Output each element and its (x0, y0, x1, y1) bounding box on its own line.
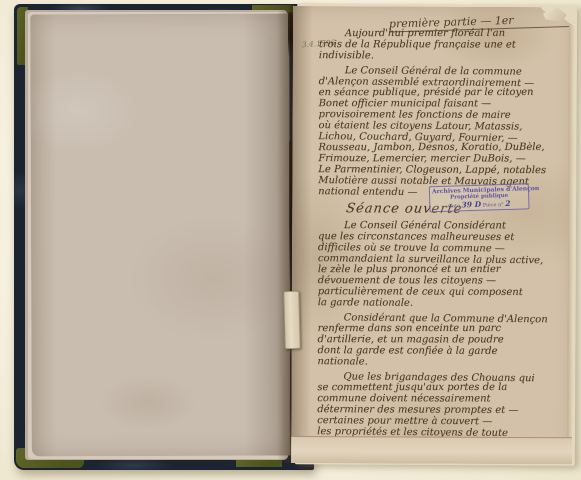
left-blank-page (30, 14, 291, 457)
right-manuscript-page: première partie — 1er 3.4.1796 Aujourd'h… (291, 6, 574, 464)
manuscript-line: le zèle le plus prononcé et un entier (318, 264, 560, 275)
manuscript-line: renferme dans son enceinte un parc (318, 323, 560, 334)
manuscript-line: dévouement de tous les citoyens — (318, 275, 560, 286)
gutter-crack-top (288, 12, 293, 56)
manuscript-line: dont la garde est confiée à la garde (317, 345, 559, 357)
manuscript-line: trois de la République française une et (319, 39, 561, 50)
manuscript-line: se commettent jusqu'aux portes de la (317, 382, 559, 393)
stamp-piece-value: 2 (505, 199, 510, 208)
manuscript-line: la garde nationale. (318, 297, 560, 310)
manuscript-line: commune doivent nécessairement (317, 393, 559, 404)
manuscript-line: Le Parmentinier, Clogeuson, Lappé, notab… (318, 164, 560, 176)
manuscript-line: nationale. (317, 356, 559, 369)
stamp-cote-row: Cote 39 D Pièce n° 2 (432, 198, 526, 210)
manuscript-line: indivisible. (319, 50, 561, 62)
page-bottom-margin (291, 436, 572, 464)
manuscript-line: Bonet officier municipal faisant — (319, 98, 561, 109)
archive-stamp: Archives Municipales d'Alençon Propriété… (429, 183, 530, 212)
manuscript-line: provisoirement les fonctions de maire (319, 109, 561, 121)
paper-fragment (283, 291, 301, 349)
manuscript-line: Frimouze, Lemercier, mercier DuBois, — (318, 153, 560, 164)
manuscript-line: Le Conseil Général Considérant (318, 220, 560, 231)
manuscript-line: déterminer des mesures promptes et — (317, 404, 559, 416)
stamp-cote-label: Cote (448, 203, 460, 209)
manuscript-line: particulièrement de ceux qui composent (318, 286, 560, 298)
manuscript-line: Aujourd'hui premier floréal l'an (319, 28, 561, 39)
manuscript-line: d'artillerie, et un magasin de poudre (318, 334, 560, 345)
stamp-cote-value: 39 D (461, 200, 481, 210)
stamp-piece-label: Pièce n° (483, 202, 504, 209)
manuscript-line: en séance publique, présidé par le citoy… (319, 87, 561, 98)
manuscript-line: Rousseau, Jambon, Desnos, Koratio, DuBèl… (318, 142, 560, 153)
manuscript-text: Aujourd'hui premier floréal l'antrois de… (317, 28, 561, 438)
manuscript-line: que les circonstances malheureuses et (318, 231, 560, 243)
scanned-book-photo: première partie — 1er 3.4.1796 Aujourd'h… (0, 0, 581, 480)
